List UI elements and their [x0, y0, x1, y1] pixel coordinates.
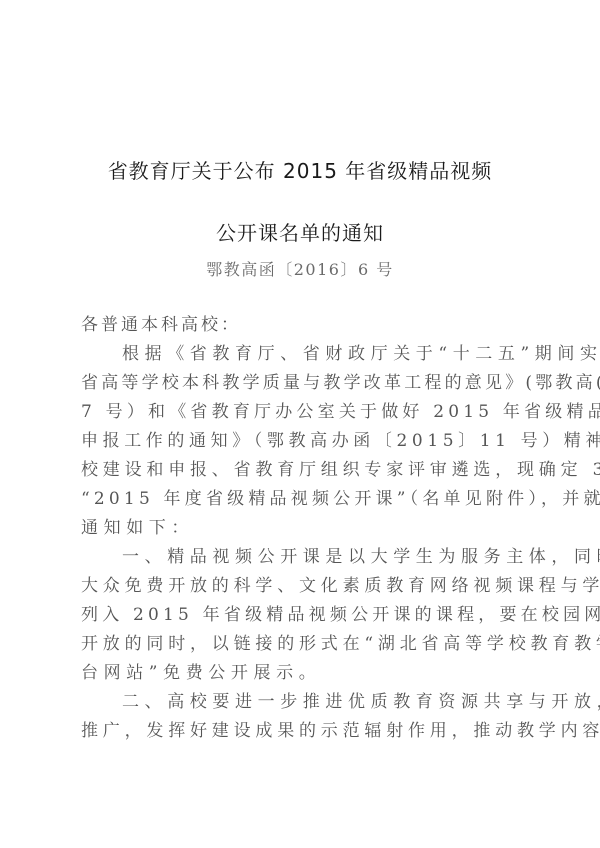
body-line: 大众免费开放的科学、文化素质教育网络视频课程与学术讲座。 [81, 572, 527, 601]
body-line: 台网站”免费公开展示。 [81, 659, 527, 688]
body-line: 校建设和申报、省教育厅组织专家评审遴选，现确定 31 门课程为 [81, 456, 527, 485]
body-line: 7 号）和《省教育厅办公室关于做好 2015 年省级精品视频公开课 [81, 398, 527, 427]
body-line: 二、高校要进一步推进优质教育资源共享与开放，注重课程 [81, 688, 527, 717]
body-line: 通知如下： [81, 514, 527, 543]
salutation: 各普通本科高校： [81, 311, 527, 340]
body-line: 省高等学校本科教学质量与教学改革工程的意见》(鄂教高(2012) [81, 369, 527, 398]
body-line: 申报工作的通知》（鄂教高办函〔2015〕11 号）精神，经有关高 [81, 427, 527, 456]
body-line: 列入 2015 年省级精品视频公开课的课程，要在校园网免费向社会 [81, 601, 527, 630]
body-line: 推广，发挥好建设成果的示范辐射作用，推动教学内容、教学模 [81, 717, 527, 746]
document-title-line-1: 省教育厅关于公布 2015 年省级精品视频 [0, 155, 600, 184]
document-page: 省教育厅关于公布 2015 年省级精品视频 公开课名单的通知 鄂教高函〔2016… [0, 0, 600, 848]
body-line: 根据《省教育厅、省财政厅关于“十二五”期间实施“湖北 [81, 340, 527, 369]
document-body: 各普通本科高校： 根据《省教育厅、省财政厅关于“十二五”期间实施“湖北 省高等学… [81, 311, 527, 746]
body-line: 开放的同时，以链接的形式在“湖北省高等学校教育教学公共平 [81, 630, 527, 659]
body-line: 一、精品视频公开课是以大学生为服务主体，同时面向社会 [81, 543, 527, 572]
document-title-line-2: 公开课名单的通知 [0, 217, 600, 246]
body-line: “2015 年度省级精品视频公开课”（名单见附件），并就有关事项 [81, 485, 527, 514]
document-number: 鄂教高函〔2016〕6 号 [0, 257, 600, 280]
